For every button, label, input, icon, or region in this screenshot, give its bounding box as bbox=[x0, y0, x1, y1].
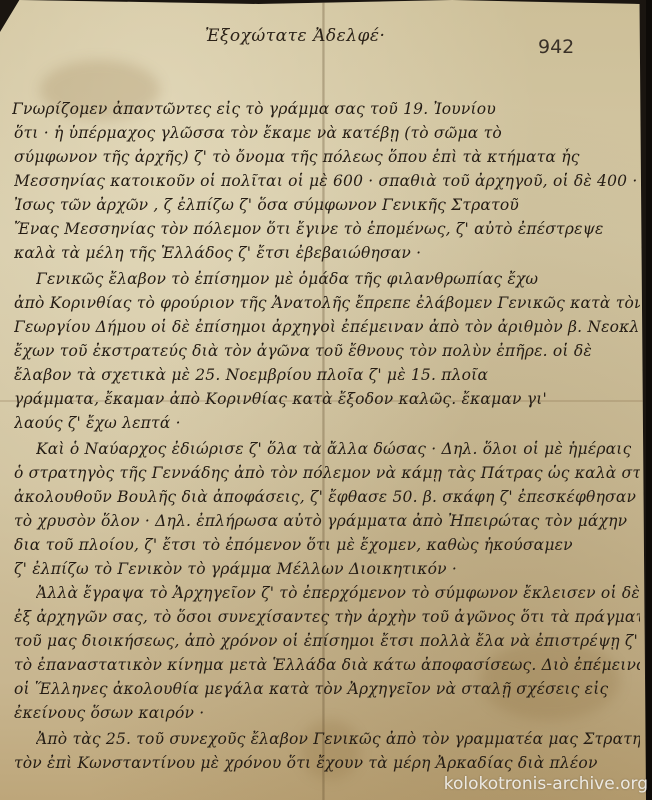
letter-line: ὅτι · ἡ ὑπέρμαχος γλῶσσα τὸν ἔκαμε νὰ κα… bbox=[14, 124, 502, 142]
scan-edge bbox=[646, 0, 652, 800]
letter-line: Γενικῶς ἔλαβον τὸ ἐπίσημον μὲ ὁμάδα τῆς … bbox=[36, 270, 538, 288]
letter-line: ἀκολουθοῦν Βουλῆς διὰ ἀποφάσεις, ζ' ἔφθα… bbox=[14, 488, 640, 506]
letter-line: Ἰσως τῶν ἀρχῶν , ζ ἐλπίζω ζ' ὅσα σύμφωνο… bbox=[14, 196, 519, 214]
letter-line: ἔλαβον τὰ σχετικὰ μὲ 25. Νοεμβρίου πλοῖα… bbox=[14, 366, 488, 384]
letter-line: ἔχων τοῦ ἐκστρατεύς διὰ τὸν ἀγῶνα τοῦ ἔθ… bbox=[14, 342, 592, 360]
letter-line: καλὰ τὰ μέλη τῆς Ἑλλάδος ζ' ἔτσι ἐβεβαιώ… bbox=[14, 244, 421, 262]
letter-line: ζ' ἐλπίζω τὸ Γενικὸν τὸ γράμμα Μέλλων Δι… bbox=[14, 560, 457, 578]
letter-line: τὸν ἐπὶ Κωνσταντίνου μὲ χρόνου ὅτι ἔχουν… bbox=[14, 754, 598, 772]
letter-line: Γνωρίζομεν ἀπαντῶντες εἰς τὸ γράμμα σας … bbox=[12, 100, 496, 118]
letter-line: Ἔνας Μεσσηνίας τὸν πόλεμον ὅτι ἔγινε τὸ … bbox=[14, 220, 604, 238]
letter-line: Μεσσηνίας κατοικοῦν οἱ πολῖται οἱ μὲ 600… bbox=[14, 172, 638, 190]
letter-line: Ἀλλὰ ἔγραψα τὸ Ἀρχηγεῖον ζ' τὸ ἐπερχόμεν… bbox=[36, 584, 640, 602]
archive-watermark: kolokotronis-archive.org bbox=[444, 774, 648, 794]
letter-line: τοῦ μας διοικήσεως, ἀπὸ χρόνον οἱ ἐπίσημ… bbox=[14, 632, 638, 650]
letter-line: τὸ ἐπαναστατικὸν κίνημα μετὰ Ἑλλάδα διὰ … bbox=[14, 656, 640, 674]
letter-heading: Ἐξοχώτατε Ἀδελφέ· bbox=[205, 26, 385, 46]
letter-line: Καὶ ὁ Ναύαρχος ἐδιώρισε ζ' ὅλα τὰ ἄλλα δ… bbox=[36, 440, 631, 458]
letter-line: ὁ στρατηγὸς τῆς Γεννάδης ἀπὸ τὸν πόλεμον… bbox=[14, 464, 640, 482]
letter-line: δια τοῦ πλοίου, ζ' ἔτσι τὸ ἐπόμενον ὅτι … bbox=[14, 536, 573, 554]
letter-line: οἱ Ἕλληνες ἀκολουθία μεγάλα κατὰ τὸν Ἀρχ… bbox=[14, 680, 608, 698]
manuscript-page: Ἐξοχώτατε Ἀδελφέ· 942 Γνωρίζομεν ἀπαντῶν… bbox=[0, 0, 646, 800]
letter-line: λαούς ζ' ἔχω λεπτά · bbox=[14, 414, 181, 432]
letter-line: σύμφωνον τῆς ἀρχῆς) ζ' τὸ ὄνομα τῆς πόλε… bbox=[14, 148, 580, 166]
letter-line: ἀπὸ Κορινθίας τὸ φρούριον τῆς Ἀνατολῆς ἔ… bbox=[14, 294, 640, 312]
letter-line: τὸ χρυσὸν ὅλον · Δηλ. ἐπλήρωσα αὐτὸ γράμ… bbox=[14, 512, 627, 530]
letter-line: Ἀπὸ τὰς 25. τοῦ συνεχοῦς ἔλαβον Γενικῶς … bbox=[36, 730, 640, 748]
letter-line: ἐκείνους ὅσων καιρόν · bbox=[14, 704, 204, 722]
letter-line: ἐξ ἀρχηγῶν σας, τὸ ὅσοι συνεχίσαντες τὴν… bbox=[14, 608, 640, 626]
folio-number: 942 bbox=[538, 36, 574, 58]
letter-line: Γεωργίου Δήμου οἱ δὲ ἐπίσημοι ἀρχηγοὶ ἐπ… bbox=[14, 318, 640, 336]
letter-line: γράμματα, ἔκαμαν ἀπὸ Κορινθίας κατὰ ἔξοδ… bbox=[14, 390, 547, 408]
